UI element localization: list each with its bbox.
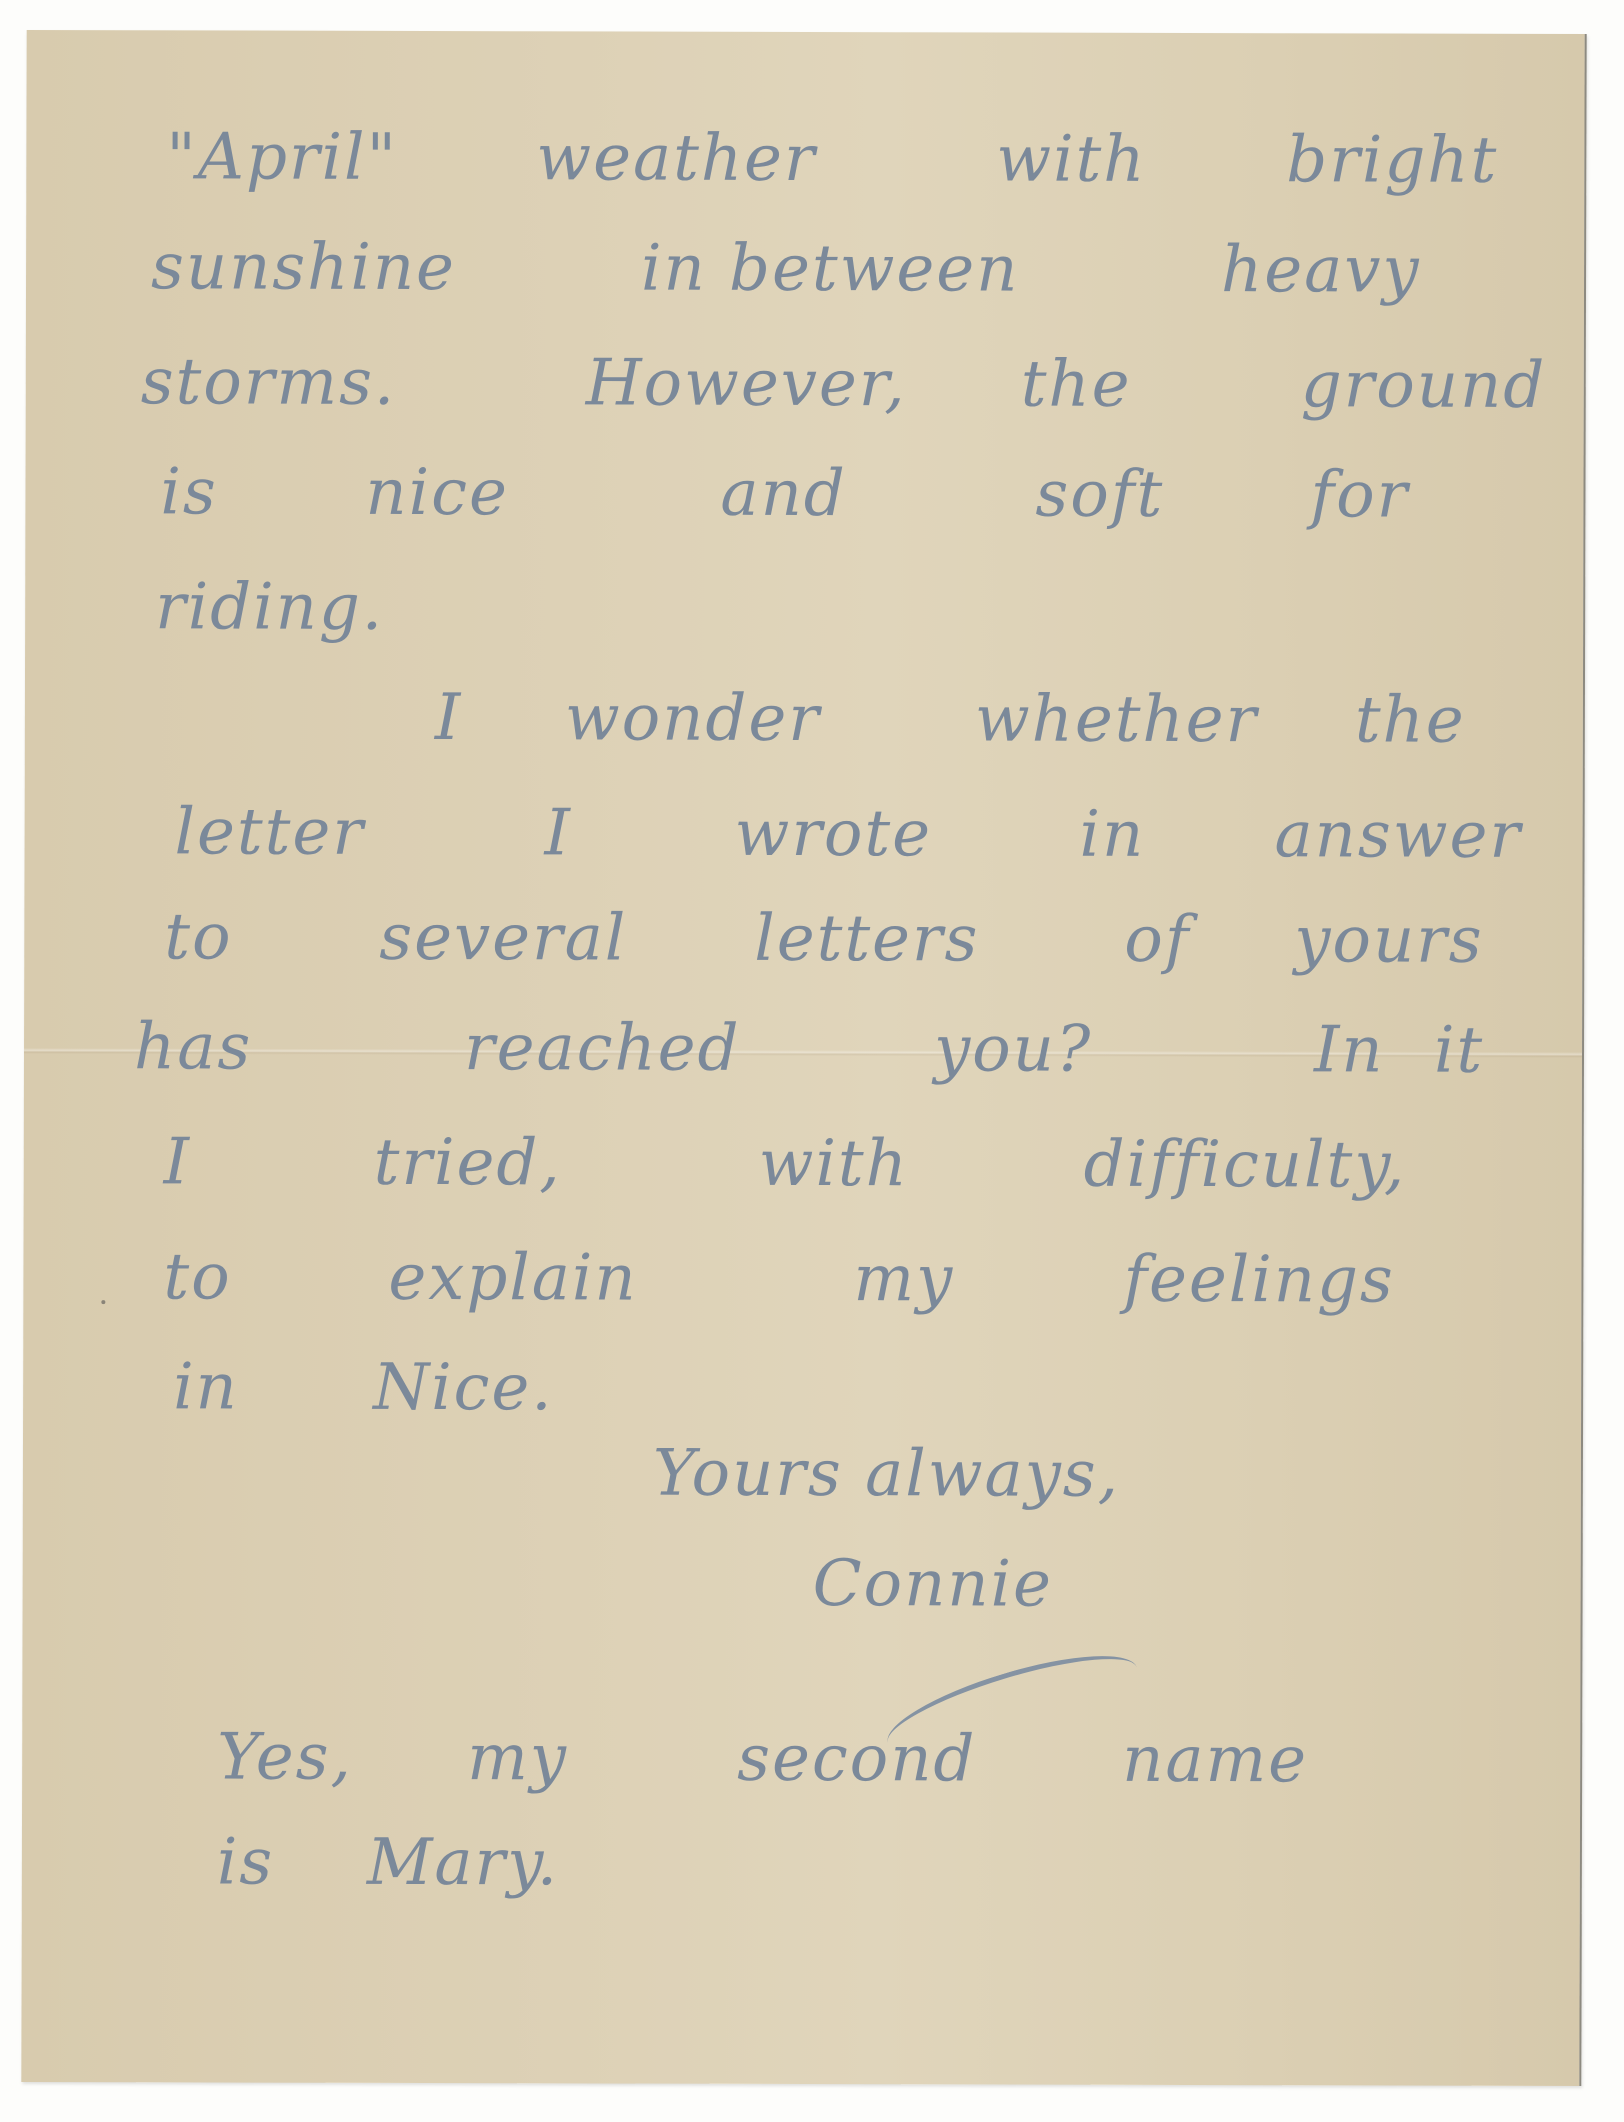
word: sunshine	[151, 235, 456, 300]
word: the	[1021, 353, 1132, 417]
word: storms.	[141, 350, 397, 415]
word: letter	[175, 800, 365, 864]
closing: Yours always,	[653, 1442, 1120, 1507]
word: and	[720, 462, 847, 526]
word: soft	[1035, 463, 1164, 527]
word: my	[853, 1247, 954, 1311]
word: to	[164, 905, 232, 969]
word: explain	[388, 1246, 637, 1311]
word: my	[467, 1726, 568, 1790]
word: answer	[1275, 803, 1523, 868]
word: heavy	[1221, 238, 1421, 303]
word: In	[1314, 1018, 1385, 1082]
word: bright	[1286, 128, 1498, 193]
word: with	[759, 1132, 909, 1196]
word: letters	[754, 907, 979, 972]
word: the	[1355, 688, 1466, 752]
word: However,	[586, 351, 907, 416]
word: riding.	[155, 575, 384, 640]
word: with	[996, 128, 1146, 192]
word: weather	[536, 126, 816, 191]
word: difficulty,	[1084, 1133, 1407, 1198]
word: I	[435, 686, 462, 750]
word: "April"	[166, 125, 398, 190]
word: Mary.	[367, 1831, 559, 1896]
word: wrote	[735, 802, 933, 867]
word: for	[1310, 463, 1409, 527]
word: I	[545, 801, 572, 865]
word: second	[737, 1727, 976, 1792]
word: nice	[365, 461, 509, 525]
word: you?	[934, 1017, 1092, 1081]
word: yours	[1294, 908, 1484, 972]
word: it	[1434, 1019, 1484, 1083]
word: in	[173, 1355, 239, 1419]
word: to	[163, 1245, 231, 1309]
signature: Connie	[813, 1552, 1053, 1617]
word: of	[1124, 908, 1190, 972]
word: in	[1080, 803, 1146, 867]
word: name	[1122, 1728, 1308, 1792]
word: I	[164, 1130, 191, 1194]
letter-paper: "April" weather with bright sunshine in …	[21, 30, 1586, 2086]
word: Yes,	[217, 1725, 353, 1789]
word: whether	[975, 687, 1258, 752]
word: is	[160, 460, 217, 524]
word: feelings	[1123, 1248, 1395, 1313]
word: several	[379, 906, 627, 971]
word: ground	[1301, 353, 1547, 418]
word: in between	[641, 237, 1020, 302]
word: is	[217, 1830, 274, 1894]
word: Nice.	[373, 1356, 554, 1420]
word: has	[134, 1015, 252, 1079]
word: reached	[464, 1016, 741, 1081]
word: tried,	[374, 1131, 562, 1195]
paper-speck	[101, 1300, 105, 1304]
word: wonder	[565, 686, 821, 751]
